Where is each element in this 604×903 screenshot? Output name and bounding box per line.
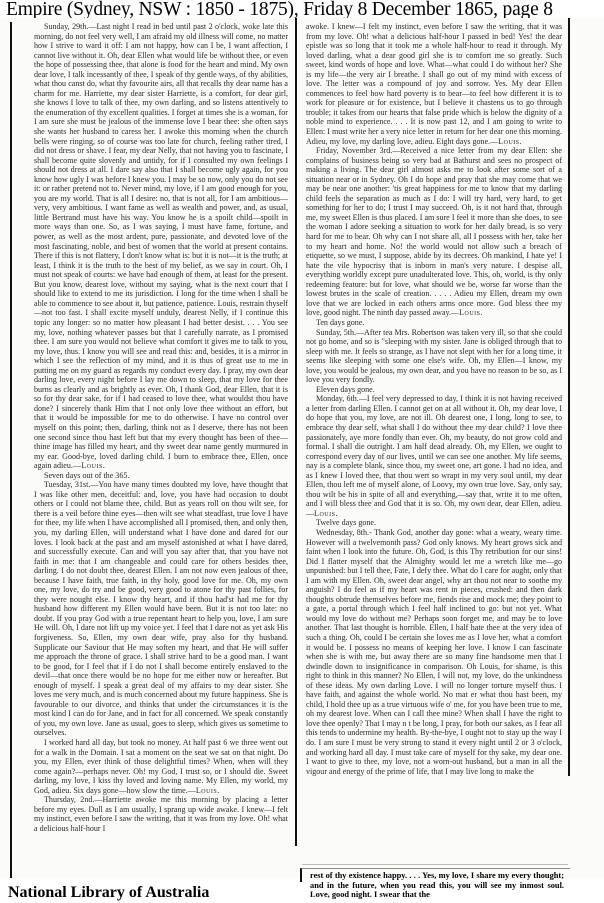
- entry-date-heading: Eleven days gone.: [316, 385, 375, 394]
- entry-body-text: —Received a nice letter from my dear Ell…: [306, 146, 562, 317]
- entry-body-text: - Thank God, another day gone: what a we…: [306, 528, 562, 776]
- article-paragraph: Eleven days gone.: [306, 385, 562, 395]
- entry-date-heading: Sunday, 29th.: [44, 22, 88, 31]
- article-paragraph: Ten days gone.: [306, 318, 562, 328]
- entry-body-text: —I feel very depressed to day, I think i…: [306, 394, 562, 518]
- article-paragraph: I worked hard all day, but took no money…: [34, 738, 288, 795]
- newspaper-scan: Sunday, 29th.—Last night I read in bed u…: [0, 18, 604, 878]
- article-paragraph: Wednesday, 8th.- Thank God, another day …: [306, 528, 562, 776]
- entry-signature: —Louis.: [73, 461, 105, 470]
- page-caption: Empire (Sydney, NSW : 1850 - 1875), Frid…: [6, 0, 604, 20]
- entry-date-heading: Wednesday, 8th.: [316, 528, 369, 537]
- entry-signature: Louis.: [196, 786, 220, 795]
- entry-date-heading: Sunday, 5th.: [316, 328, 356, 337]
- article-paragraph: Sunday, 5th.—After tea Mrs. Robertson wa…: [306, 328, 562, 385]
- entry-body-text: I worked hard all day, but took no money…: [34, 738, 288, 795]
- entry-date-heading: Seven days out of the 365.: [44, 471, 129, 480]
- entry-date-heading: Twelve days gone.: [316, 518, 376, 527]
- article-paragraph: Friday, November 3rd.—Received a nice le…: [306, 146, 562, 318]
- article-paragraph: Thursday, 2nd.—Harriette awoke me this m…: [34, 795, 288, 833]
- article-paragraph: Twelve days gone.: [306, 518, 562, 528]
- entry-date-heading: Ten days gone.: [316, 318, 364, 327]
- entry-date-heading: Tuesday, 31st.: [44, 480, 90, 489]
- entry-date-heading: Monday, 6th.: [316, 394, 359, 403]
- source-credit: National Library of Australia: [8, 882, 308, 903]
- entry-signature: Louis.: [498, 137, 522, 146]
- column-rule-middle: [295, 18, 297, 846]
- entry-body-text: —Last night I read in bed until past 2 o…: [34, 22, 288, 470]
- article-paragraph: Tuesday, 31st.—You have many times doubt…: [34, 480, 288, 738]
- article-paragraph: awoke. I knew—I felt my instinct, even b…: [306, 22, 562, 146]
- article-paragraph: Monday, 6th.—I feel very depressed to da…: [306, 394, 562, 518]
- snippet-divider: [302, 864, 568, 865]
- entry-date-heading: Friday, November 3rd.: [316, 146, 392, 155]
- article-paragraph: Sunday, 29th.—Last night I read in bed u…: [34, 22, 288, 471]
- column-rule-right: [568, 18, 570, 776]
- entry-date-heading: Thursday, 2nd.: [44, 795, 94, 804]
- entry-body-text: —You have many times doubted my love, ha…: [34, 480, 288, 737]
- article-column-right: awoke. I knew—I felt my instinct, even b…: [300, 22, 568, 780]
- entry-signature: Louis.: [314, 509, 338, 518]
- entry-body-text: awoke. I knew—I felt my instinct, even b…: [306, 22, 562, 146]
- article-column-left: Sunday, 29th.—Last night I read in bed u…: [10, 22, 294, 878]
- article-continuation-snippet: rest of thy existence happy. . . . Yes, …: [300, 868, 570, 903]
- entry-signature: Louis.: [459, 308, 483, 317]
- article-paragraph: Seven days out of the 365.: [34, 471, 288, 481]
